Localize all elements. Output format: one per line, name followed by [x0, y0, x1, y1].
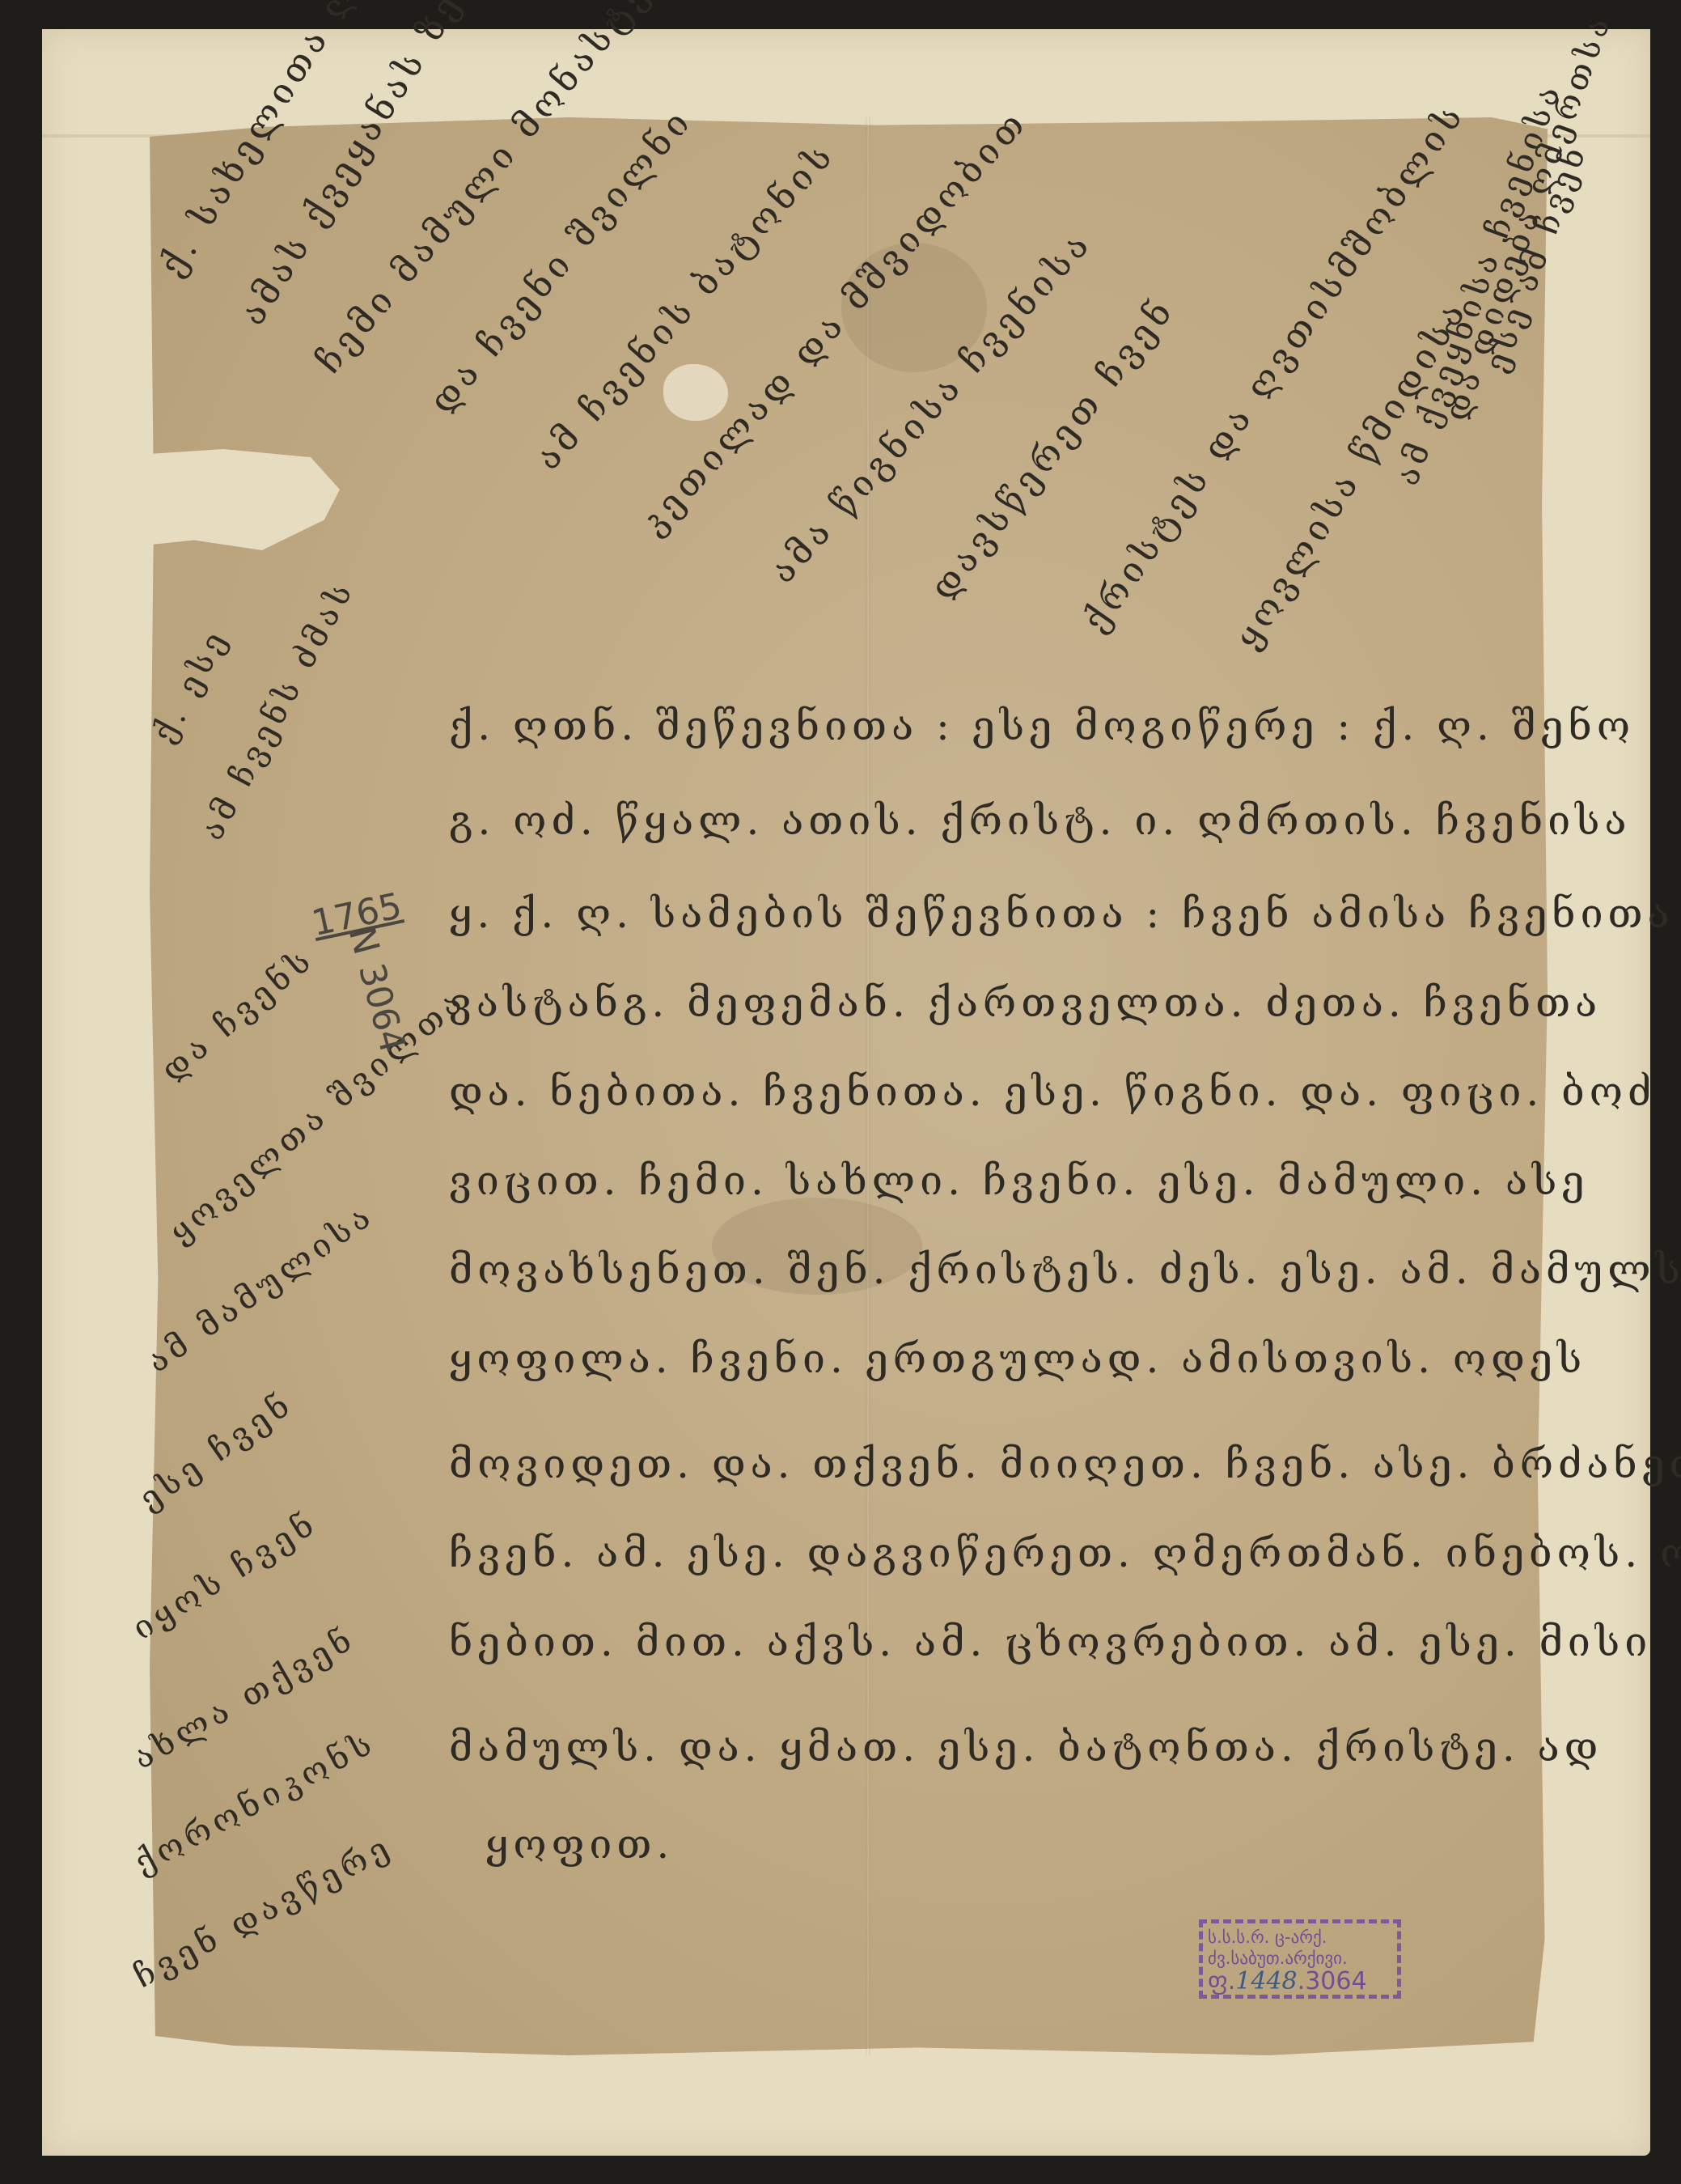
stamp-line-1: ს.ს.ს.რ. ც-არქ.	[1208, 1927, 1392, 1948]
stamp-item-number: .3064	[1298, 1967, 1367, 1995]
body-line: ჩვენ. ამ. ესე. დაგვიწერეთ. ღმერთმან. ინე…	[449, 1529, 1681, 1576]
body-line: ვასტანგ. მეფემან. ქართველთა. ძეთა. ჩვენთ…	[449, 979, 1602, 1026]
body-line: ვიცით. ჩემი. სახლი. ჩვენი. ესე. მამული. …	[449, 1157, 1589, 1204]
archive-stamp: ს.ს.ს.რ. ც-არქ. ძვ.საბუთ.არქივი. ფ.1448.…	[1199, 1919, 1401, 1999]
body-line: ნებით. მით. აქვს. ამ. ცხოვრებით. ამ. ესე…	[449, 1618, 1652, 1665]
body-line: და. ნებითა. ჩვენითა. ესე. წიგნი. და. ფიც…	[449, 1068, 1656, 1115]
body-line: მამულს. და. ყმათ. ესე. ბატონთა. ქრისტე. …	[449, 1724, 1603, 1771]
body-line: ყ. ქ. ღ. სამების შეწევნითა : ჩვენ ამისა …	[449, 890, 1675, 937]
stamp-line-2: ძვ.საბუთ.არქივი.	[1208, 1948, 1392, 1969]
body-line: ყოფით.	[485, 1821, 674, 1868]
stamp-prefix: ფ.	[1208, 1967, 1235, 1995]
stamp-number-line: ფ.1448.3064	[1208, 1969, 1392, 1995]
paper-hole	[663, 364, 728, 421]
body-line: ყოფილა. ჩვენი. ერთგულად. ამისთვის. ოდეს	[449, 1335, 1586, 1382]
body-line: ქ. ღთნ. შეწევნითა : ესე მოგიწერე : ქ. ღ.…	[449, 702, 1635, 749]
stamp-fond-number: 1448	[1235, 1967, 1297, 1995]
body-line: მოვიდეთ. და. თქვენ. მიიღეთ. ჩვენ. ასე. ბ…	[449, 1440, 1681, 1487]
body-line: გ. ოძ. წყალ. ათის. ქრისტ. ი. ღმრთის. ჩვე…	[449, 797, 1632, 844]
body-line: მოვახსენეთ. შენ. ქრისტეს. ძეს. ესე. ამ. …	[449, 1246, 1681, 1293]
